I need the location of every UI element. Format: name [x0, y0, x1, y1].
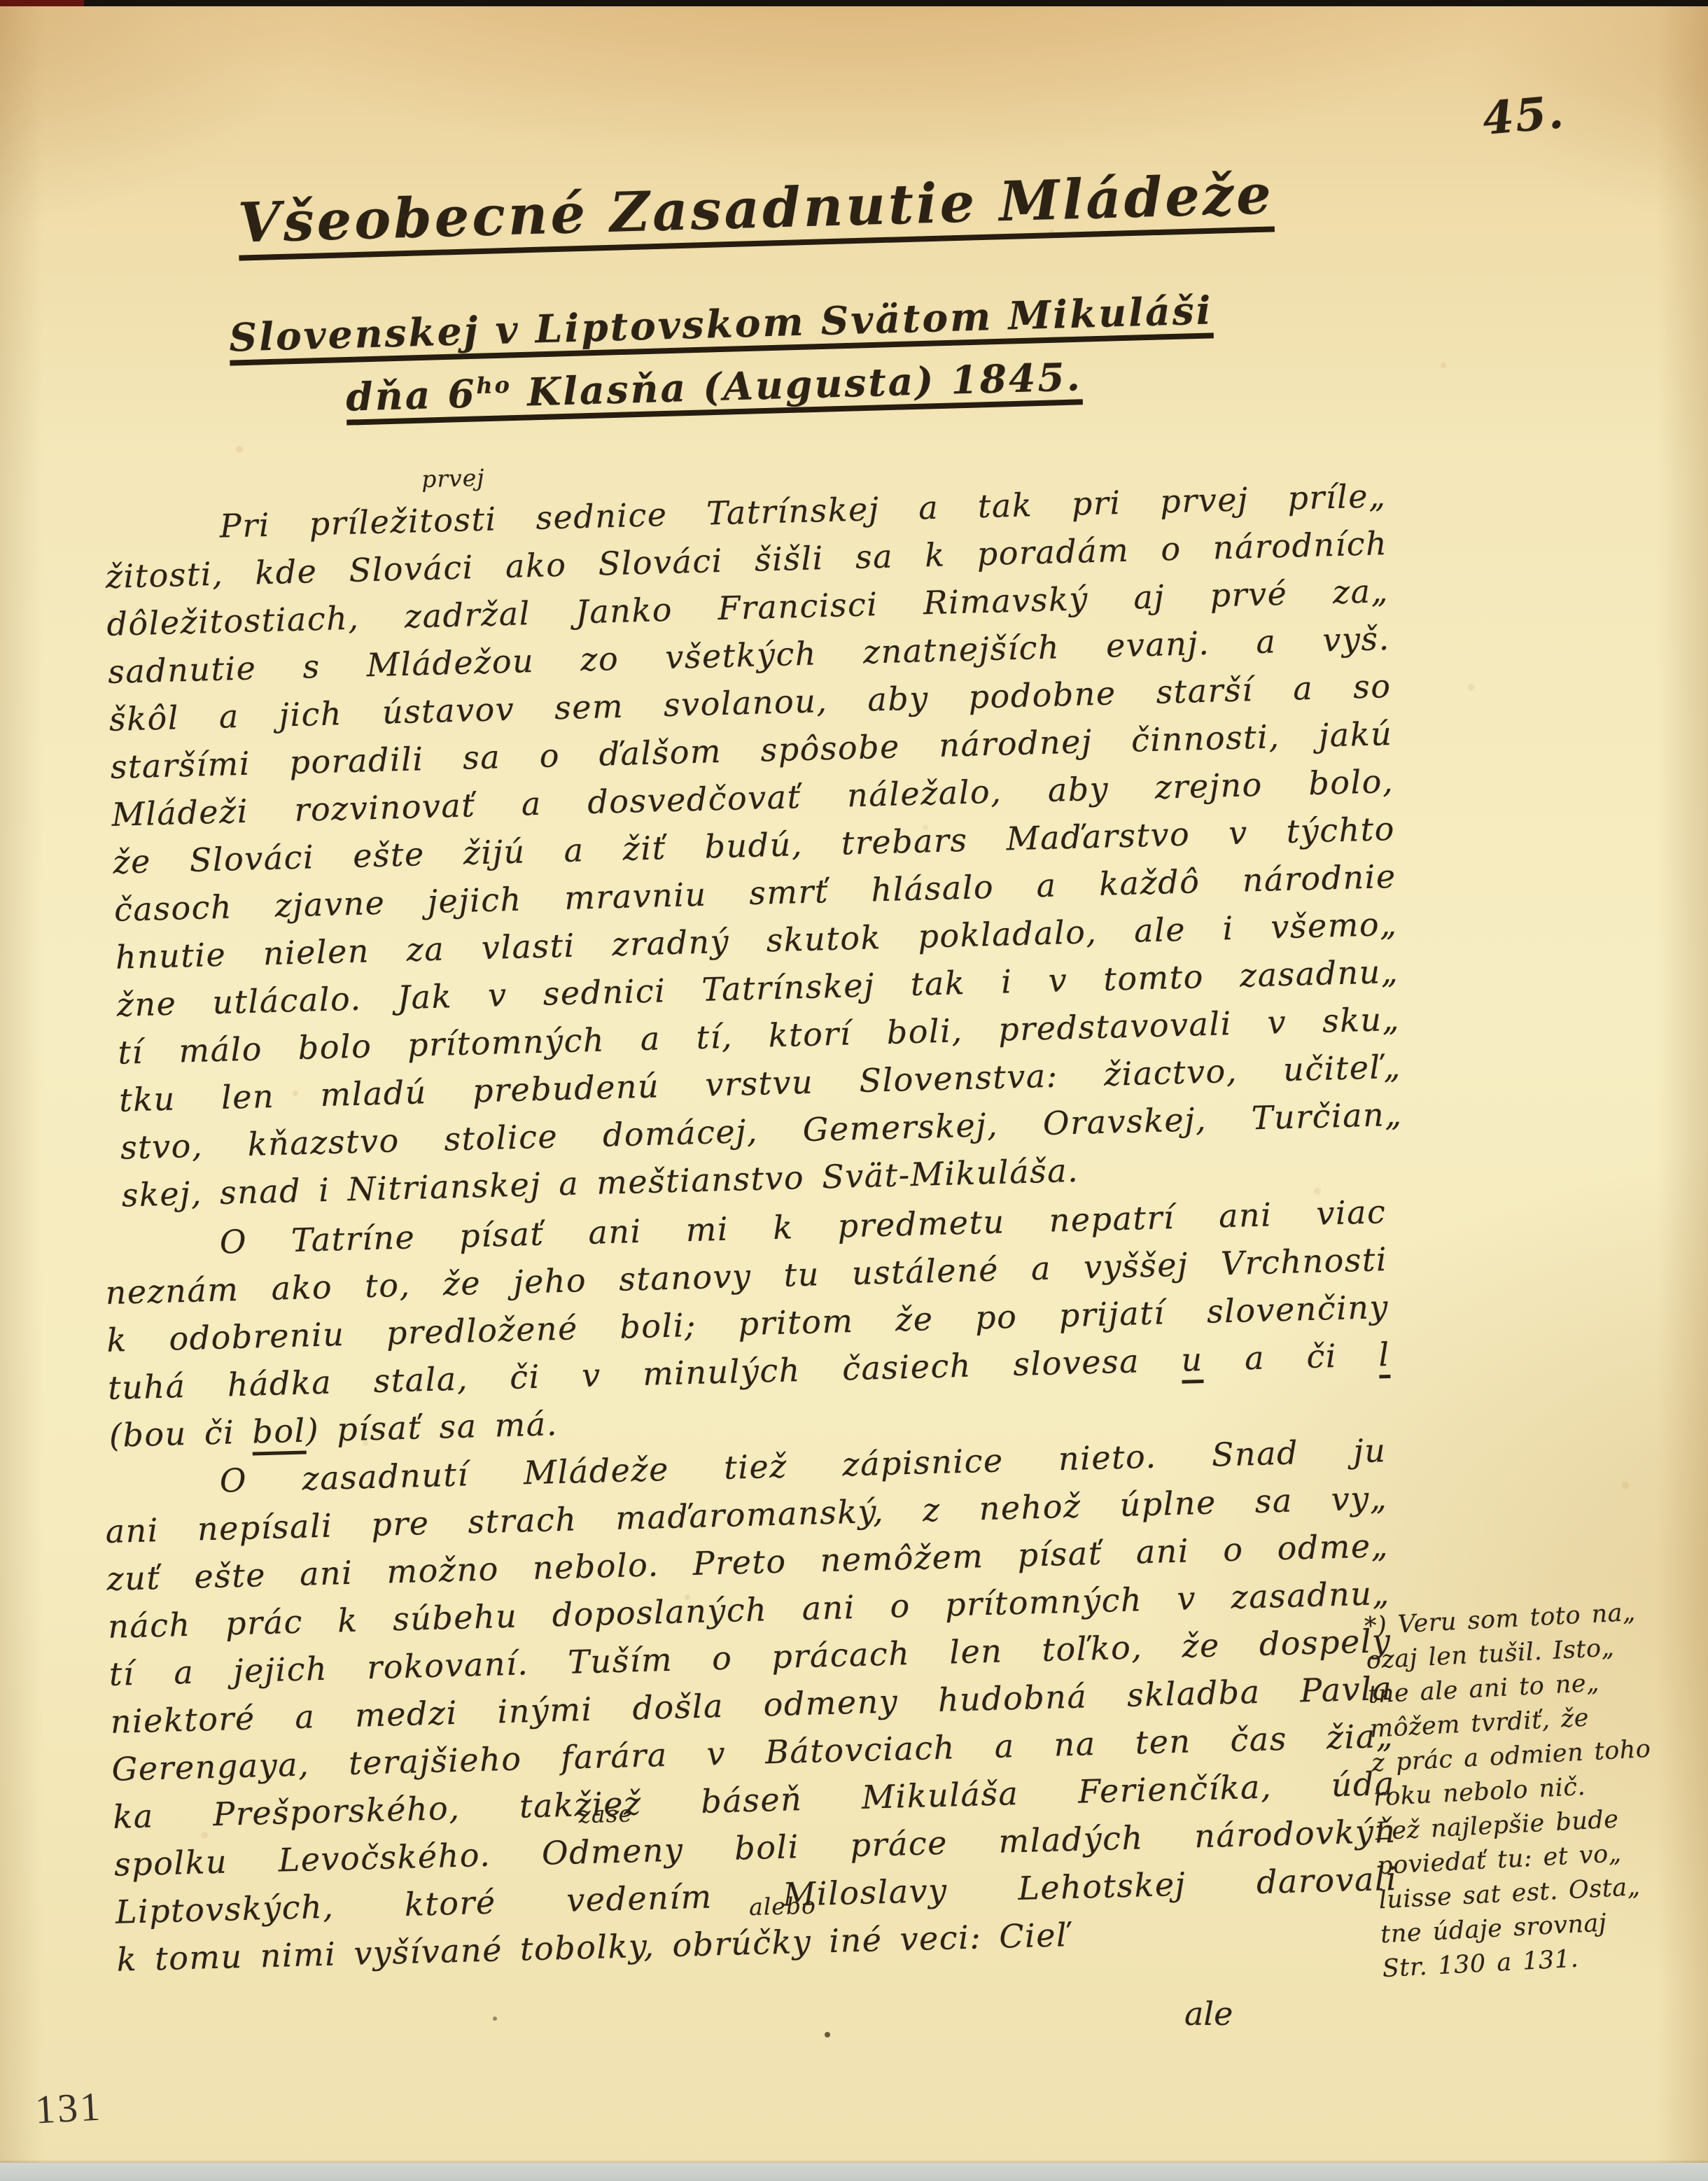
- title-subtitle: Slovenskej v Liptovskom Svätom Mikuláši: [229, 301, 1213, 360]
- paper-speckles: [0, 0, 3, 3]
- title-date-underlined: dňa 6ho Klasňa (Augusta) 1845.: [345, 353, 1082, 425]
- margin-note: *) Veru som toto na„ ozaj len tušil. Ist…: [1364, 1592, 1708, 1986]
- text-segment: ) písať sa má.: [305, 1405, 558, 1449]
- underlined-letter-l: l: [1378, 1335, 1391, 1378]
- printed-page-number: 131: [34, 2083, 103, 2133]
- text-segment: (bou či: [108, 1413, 253, 1454]
- scan-top-edge: [0, 0, 1708, 6]
- scan-top-edge-stain: [0, 0, 84, 6]
- inserted-word-prvej: prvej: [421, 466, 485, 491]
- folio-number: 45.: [1480, 86, 1567, 146]
- manuscript-scan: { "page": { "folio_number": "45.", "prin…: [0, 0, 1708, 2181]
- title-date-pre: dňa 6: [345, 370, 477, 419]
- title-date: dňa 6ho Klasňa (Augusta) 1845.: [346, 364, 1082, 423]
- inserted-word-zase: zase: [578, 1802, 633, 1826]
- carryover-word-ale: ale: [1184, 1995, 1233, 2033]
- paragraph-3: zase alebo O zasadnutí Mládeže tiež zápi…: [104, 1426, 1399, 1984]
- paragraph-1: prvej Pri príležitosti sednice Tatrínske…: [104, 472, 1404, 1219]
- underlined-word-bol: bol: [252, 1412, 307, 1456]
- title-date-post: Klasňa (Augusta) 1845.: [511, 353, 1082, 415]
- underlined-letter-u: u: [1181, 1340, 1204, 1384]
- inserted-word-alebo: alebo: [749, 1894, 817, 1919]
- paragraph-2: O Tatríne písať ani mi k predmetu nepatr…: [104, 1188, 1392, 1459]
- text-segment: a či: [1203, 1335, 1379, 1378]
- title-date-superscript: ho: [476, 372, 512, 399]
- title-main-underlined: Všeobecné Zasadnutie Mládeže: [237, 162, 1275, 260]
- title-main: Všeobecné Zasadnutie Mládeže: [238, 177, 1274, 256]
- scan-bottom-edge: [0, 2163, 1708, 2181]
